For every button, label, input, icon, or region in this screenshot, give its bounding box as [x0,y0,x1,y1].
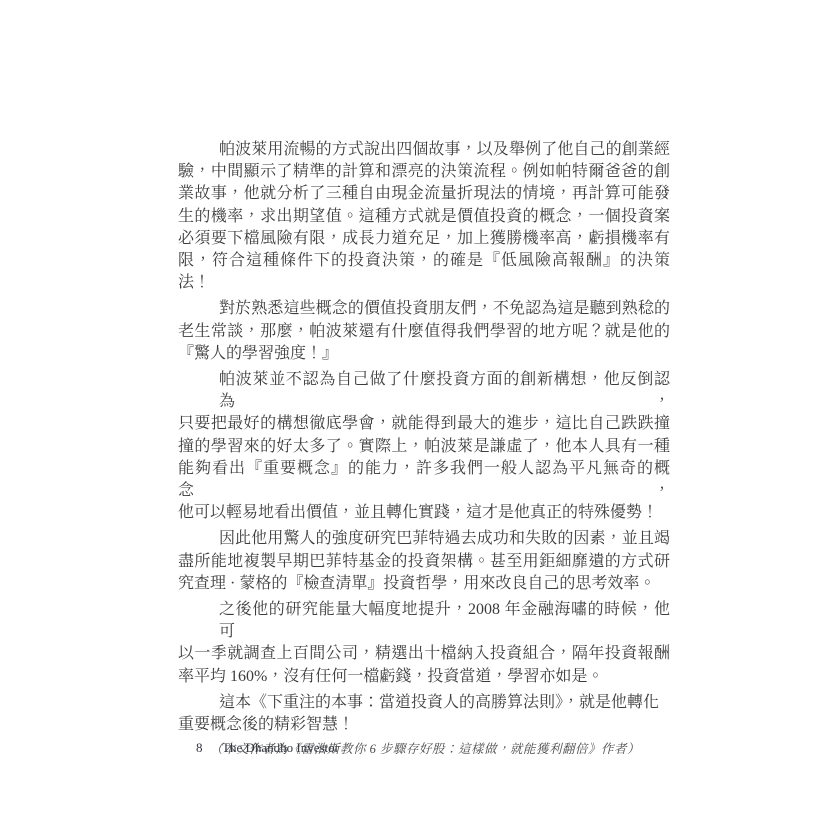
text-line: 以一季就調查上百間公司，精選出十檔納入投資組合，隔年投資報酬 [178,643,670,665]
paragraph: 因此他用驚人的強度研究巴菲特過去成功和失敗的因素，並且竭 盡所能地複製早期巴菲特… [178,528,670,595]
text-line: 老生常談，那麼，帕波萊還有什麼值得我們學習的地方呢？就是他的 [178,321,670,343]
text-line: 這本《下重注的本事：當道投資人的高勝算法則》，就是他轉化 [178,692,670,714]
text-line: 業故事，他就分析了三種自由現金流量折現法的情境，再計算可能發 [178,183,670,205]
text-line: 對於熟悉這些概念的價值投資朋友們，不免認為這是聽到熟稔的 [178,298,670,320]
text-line: 驗，中間顯示了精準的計算和漂亮的決策流程。例如帕特爾爸爸的創 [178,161,670,183]
paragraph: 對於熟悉這些概念的價值投資朋友們，不免認為這是聽到熟稔的 老生常談，那麼，帕波萊… [178,298,670,365]
text-line: 率平均 160%，沒有任何一檔虧錢，投資當道，學習亦如是。 [178,666,670,688]
text-line: 盡所能地複製早期巴菲特基金的投資架構。甚至用鉅細靡遺的方式研 [178,551,670,573]
paragraph: 帕波萊用流暢的方式說出四個故事，以及舉例了他自己的創業經 驗，中間顯示了精準的計… [178,139,670,294]
text-line: 只要把最好的構想徹底學會，就能得到最大的進步，這比自己跌跌撞 [178,413,670,435]
text-block: 帕波萊用流暢的方式說出四個故事，以及舉例了他自己的創業經 驗，中間顯示了精準的計… [178,139,670,759]
book-page: 帕波萊用流暢的方式說出四個故事，以及舉例了他自己的創業經 驗，中間顯示了精準的計… [0,0,839,839]
text-line: 之後他的研究能量大幅度地提升，2008 年金融海嘯的時候，他可 [178,599,670,643]
page-number: 8 [196,740,203,756]
paragraph: 帕波萊並不認為自己做了什麼投資方面的創新構想，他反倒認為， 只要把最好的構想徹底… [178,369,670,524]
paragraph: 這本《下重注的本事：當道投資人的高勝算法則》，就是他轉化 重要概念後的精彩智慧！ [178,692,670,736]
paragraph: 之後他的研究能量大幅度地提升，2008 年金融海嘯的時候，他可 以一季就調查上百… [178,599,670,688]
running-footer-book-title: The Dhandho Investor [222,740,339,756]
text-line: 能夠看出『重要概念』的能力，許多我們一般人認為平凡無奇的概念， [178,458,670,502]
text-line: 必須要下檔風險有限，成長力道充足，加上獲勝機率高，虧損機率有 [178,228,670,250]
text-line: 限，符合這種條件下的投資決策，的確是『低風險高報酬』的決策法！ [178,250,670,294]
text-line: 帕波萊用流暢的方式說出四個故事，以及舉例了他自己的創業經 [178,139,670,161]
text-line: 撞的學習來的好太多了。實際上，帕波萊是謙虛了，他本人具有一種 [178,436,670,458]
text-line: 重要概念後的精彩智慧！ [178,714,670,736]
text-line: 帕波萊並不認為自己做了什麼投資方面的創新構想，他反倒認為， [178,369,670,413]
text-line: 生的機率，求出期望值。這種方式就是價值投資的概念，一個投資案 [178,206,670,228]
text-line: 他可以輕易地看出價值，並且轉化實踐，這才是他真正的特殊優勢！ [178,502,670,524]
text-line: 因此他用驚人的強度研究巴菲特過去成功和失敗的因素，並且竭 [178,528,670,550]
text-line: 『驚人的學習強度！』 [178,343,670,365]
text-line: 究查理 · 蒙格的『檢查清單』投資哲學，用來改良自己的思考效率。 [178,573,670,595]
